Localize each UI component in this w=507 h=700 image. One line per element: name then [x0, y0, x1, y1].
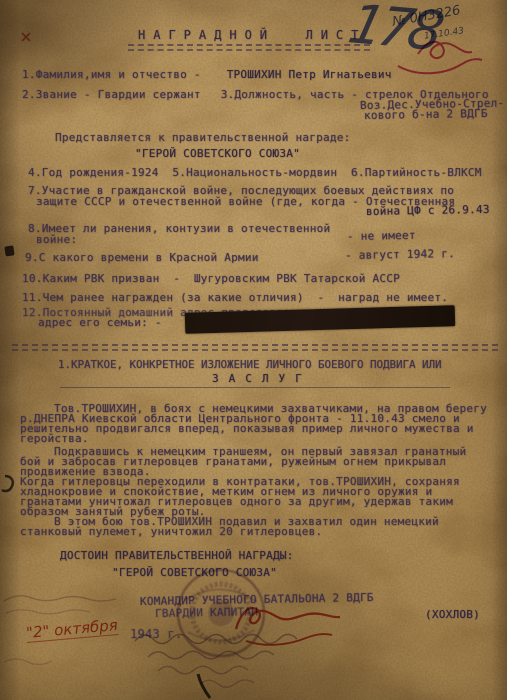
red-check-mark — [22, 33, 30, 41]
typed-date-year: 1943 г. — [130, 629, 182, 639]
citation-paragraph-2: Подкравшись к немецким траншеям, он перв… — [20, 447, 487, 477]
title-underline — [128, 44, 370, 51]
black-pen-mark — [198, 674, 210, 698]
field-rank: 2.Звание - Гвардии сержант — [22, 88, 201, 101]
citation-paragraph-4: В этом бою тов.ТРОШИХИН подавил и захват… — [20, 517, 487, 537]
citation-heading-2: ЗАСЛУГ — [212, 374, 312, 384]
field-prior-awards: 11.Чем ранее награжден (за какие отличия… — [22, 293, 448, 303]
citation-heading-underline — [60, 387, 450, 388]
field-name: 1.Фамилия,имя и отчество -ТРОШИХИН Петр … — [22, 70, 392, 80]
field-wounds-value: - не имеет — [347, 231, 416, 242]
field-army-since-label: 9.С какого времени в Красной Армии — [25, 253, 259, 263]
award-name-line: "ГЕРОЙ СОВЕТСКОГО СОЮЗА" — [135, 149, 300, 159]
presented-for-line: Представляется к правительственной награ… — [55, 133, 351, 143]
handwritten-date: "2" октября — [25, 616, 118, 643]
field-drafted-by: 10.Каким РВК призван - Шугуровским РВК Т… — [22, 274, 400, 284]
citation-paragraph-3: Когда гитлеровцы переходили в контратаки… — [20, 477, 487, 517]
verdict-line-1: ДОСТОИН ПРАВИТЕЛЬСТВЕННОЙ НАГРАДЫ: — [60, 551, 294, 561]
award-sheet-document: НАГРАДНОЙ ЛИСТ 1.Фамилия,имя и отчество … — [0, 0, 507, 700]
field-war-participation-value: война ЦФ с 26.9.43 — [366, 205, 490, 217]
field-home-address-2: адрес его семьи: - — [38, 318, 162, 328]
field-birth-nationality-party: 4.Год рождения-1924 5.Национальность-мор… — [28, 168, 482, 178]
commander-name: (ХОХЛОВ) — [425, 610, 480, 620]
hole-punch-mark — [4, 245, 14, 256]
field-name-value: ТРОШИХИН Петр Игнатьевич — [227, 68, 392, 81]
field-wounds-2: войне: — [36, 235, 77, 245]
section-divider — [12, 344, 498, 351]
field-army-since-value: - август 1942 г. — [345, 249, 455, 261]
field-position-cont2: кового б-на 2 ВДГБ — [364, 109, 488, 121]
field-name-label: 1.Фамилия,имя и отчество - — [22, 68, 201, 81]
verdict-line-2: "ГЕРОЙ СОВЕТСКОГО СОЮЗА" — [112, 568, 277, 578]
citation-heading-1: 1.КРАТКОЕ, КОНКРЕТНОЕ ИЗЛОЖЕНИЕ ЛИЧНОГО … — [58, 360, 442, 370]
citation-paragraph-1: Тов.ТРОШИХИН, в боях с немецкими захватч… — [20, 404, 487, 444]
document-title: НАГРАДНОЙ ЛИСТ — [138, 30, 366, 40]
paper-damage-mark — [2, 476, 13, 491]
commander-rank-line: ГВАРДИИ КАПИТАН — [155, 607, 258, 619]
